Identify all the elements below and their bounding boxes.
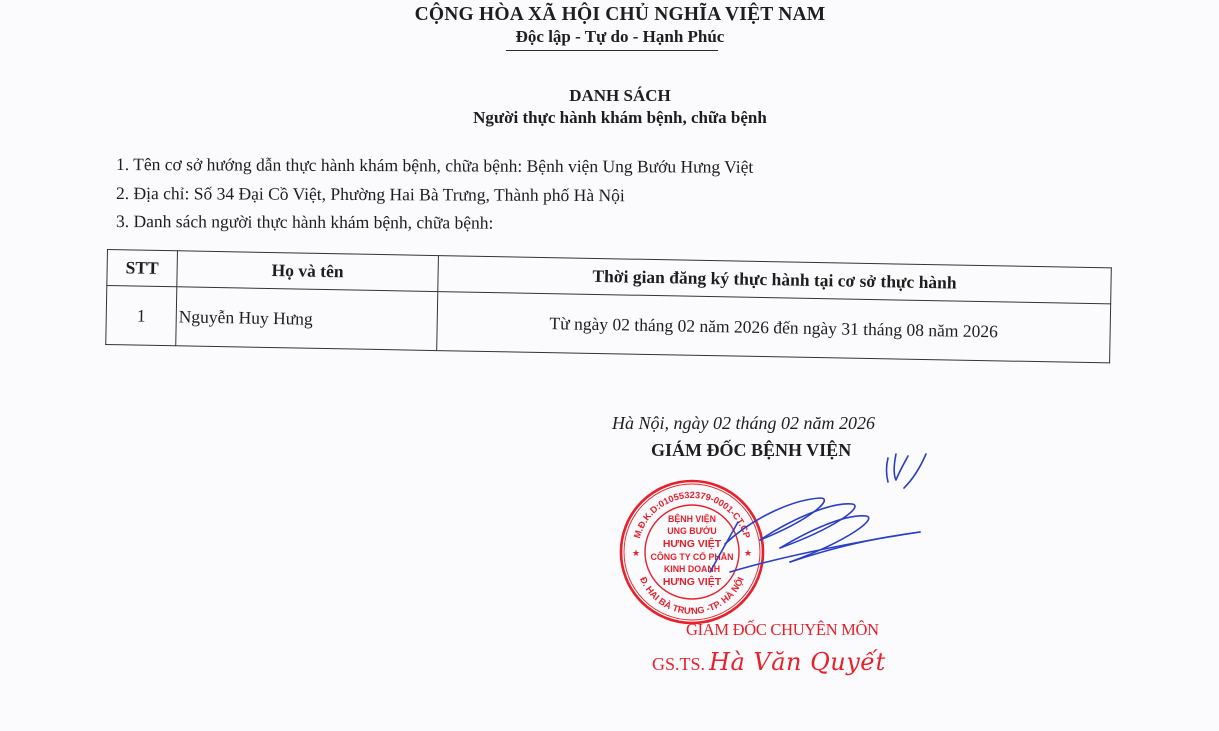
facility-address-line: 2. Địa chỉ: Số 34 Đại Cồ Việt, Phường Ha… bbox=[116, 183, 625, 206]
signer-title: GIÁM ĐỐC BỆNH VIỆN bbox=[651, 440, 851, 461]
document-subtitle: Người thực hành khám bệnh, chữa bệnh bbox=[400, 108, 840, 128]
seal-line: HƯNG VIỆT bbox=[663, 575, 722, 588]
seal-line: HƯNG VIỆT bbox=[663, 537, 722, 550]
practitioner-table: STT Họ và tên Thời gian đăng ký thực hàn… bbox=[105, 249, 1112, 363]
cell-name: Nguyễn Huy Hưng bbox=[176, 287, 438, 351]
motto-underline bbox=[506, 50, 718, 51]
practitioner-list-heading: 3. Danh sách người thực hành khám bệnh, … bbox=[116, 211, 493, 234]
signer-academic-title: GS.TS. bbox=[652, 654, 705, 674]
signer-name-block: GS.TS. Hà Văn Quyết bbox=[652, 648, 886, 676]
column-header-stt: STT bbox=[107, 250, 178, 287]
cell-stt: 1 bbox=[106, 286, 177, 346]
signing-date: Hà Nội, ngày 02 tháng 02 năm 2026 bbox=[612, 413, 932, 434]
signer-name: Hà Văn Quyết bbox=[709, 648, 886, 676]
seal-line: KINH DOANH bbox=[664, 564, 720, 574]
column-header-name: Họ và tên bbox=[177, 251, 439, 292]
official-seal-icon: M.Đ.K.D:0105532379-0001-CT.CP Đ. HAI BÀ … bbox=[618, 478, 766, 626]
signer-role: GIÁM ĐỐC CHUYÊN MÔN bbox=[686, 620, 879, 640]
seal-line: BỆNH VIỆN bbox=[668, 513, 716, 524]
national-title: CỘNG HÒA XÃ HỘI CHỦ NGHĨA VIỆT NAM bbox=[390, 4, 850, 26]
national-motto: Độc lập - Tự do - Hạnh Phúc bbox=[470, 27, 770, 47]
seal-line: CÔNG TY CỔ PHẦN bbox=[651, 551, 734, 562]
seal-star-left-icon: ★ bbox=[632, 548, 640, 558]
document-title: DANH SÁCH bbox=[470, 86, 770, 106]
seal-line: UNG BƯỚU bbox=[667, 525, 717, 536]
facility-name-line: 1. Tên cơ sở hướng dẫn thực hành khám bệ… bbox=[116, 154, 753, 178]
seal-star-right-icon: ★ bbox=[744, 548, 752, 558]
cell-period: Từ ngày 02 tháng 02 năm 2026 đến ngày 31… bbox=[437, 292, 1111, 363]
